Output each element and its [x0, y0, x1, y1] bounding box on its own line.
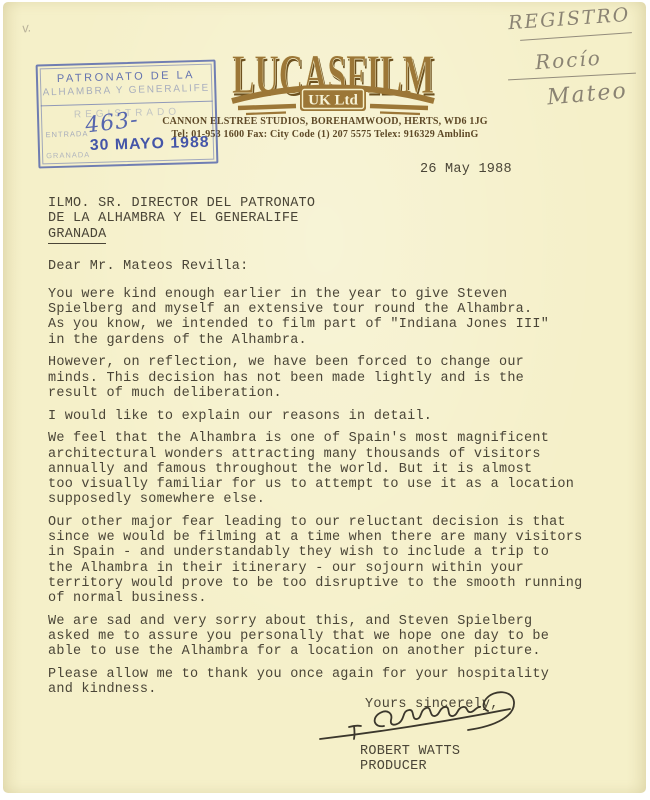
letter-date: 26 May 1988: [420, 162, 512, 177]
paragraph-1: You were kind enough earlier in the year…: [48, 287, 613, 348]
paragraph-5: Our other major fear leading to our relu…: [48, 515, 613, 606]
stamp-city: GRANADA: [46, 150, 90, 160]
logo-bar-left: [238, 106, 296, 108]
paragraph-6: We are sad and very sorry about this, an…: [48, 614, 613, 660]
signature-scrawl: [318, 686, 533, 750]
logo-bar-right2: [380, 113, 420, 115]
handwritten-note-rocio: Rocío: [534, 46, 602, 75]
scanned-letter-page: REGISTRO Rocío Mateo v. PATRONATO DE LA …: [0, 0, 650, 800]
salutation: Dear Mr. Mateos Revilla:: [48, 259, 248, 274]
logo-bar-right: [370, 106, 428, 108]
recipient-line2: DE LA ALHAMBRA Y EL GENERALIFE: [48, 211, 315, 226]
paragraph-3: I would like to explain our reasons in d…: [48, 409, 613, 424]
recipient-city: GRANADA: [48, 227, 106, 244]
paragraph-2: However, on reflection, we have been for…: [48, 355, 613, 401]
letter-body: You were kind enough earlier in the year…: [48, 287, 613, 705]
lucasfilm-logo: LUCASFILM LUCASFILM UK Ltd: [228, 38, 438, 118]
stamp-entry-label: ENTRADA: [45, 129, 88, 139]
registry-entry-stamp: PATRONATO DE LA ALHAMBRA Y GENERALIFE RE…: [36, 60, 219, 169]
paragraph-4: We feel that the Alhambra is one of Spai…: [48, 431, 613, 507]
signer-title: PRODUCER: [360, 759, 427, 774]
logo-bar-left2: [246, 113, 286, 115]
recipient-line1: ILMO. SR. DIRECTOR DEL PATRONATO: [48, 196, 315, 211]
stamp-date: 30 MAYO 1988: [90, 134, 210, 155]
recipient-block: ILMO. SR. DIRECTOR DEL PATRONATO DE LA A…: [48, 196, 315, 244]
logo-subtitle: UK Ltd: [308, 93, 358, 109]
